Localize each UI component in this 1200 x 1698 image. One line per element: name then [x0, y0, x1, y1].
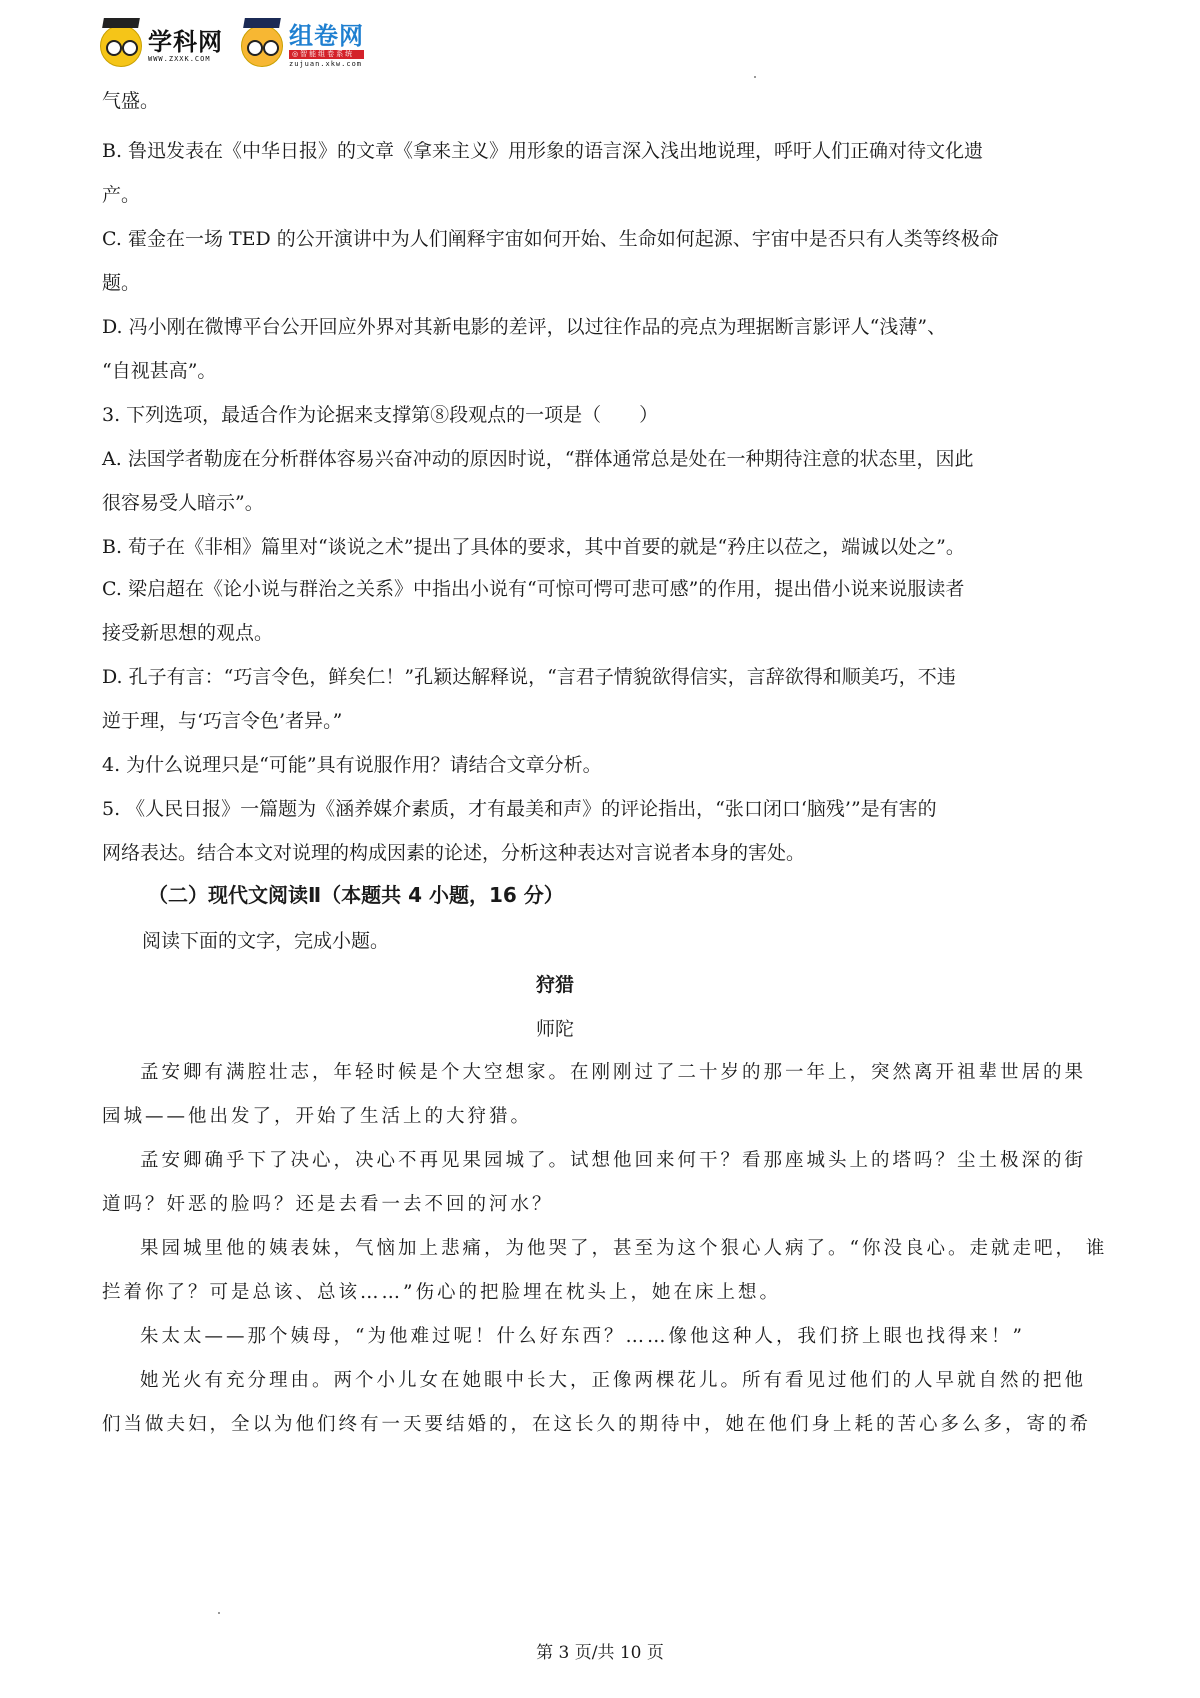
- story-author: 师陀: [102, 1016, 1008, 1042]
- section-heading: （二）现代文阅读Ⅱ（本题共 4 小题，16 分）: [148, 882, 564, 908]
- scan-dot: [754, 76, 756, 78]
- text-line: 很容易受人暗示”。: [102, 490, 264, 516]
- text-line: 题。: [102, 270, 140, 296]
- option-d-line: D. 冯小刚在微博平台公开回应外界对其新电影的差评，以过往作品的亮点为理据断言影…: [102, 314, 946, 340]
- story-line: 拦着你了？可是总该、总该……”伤心的把脸埋在枕头上，她在床上想。: [102, 1280, 781, 1306]
- option-b-line: B. 鲁迅发表在《中华日报》的文章《拿来主义》用形象的语言深入浅出地说理，呼吁人…: [102, 138, 983, 164]
- scan-dot: [218, 1612, 220, 1614]
- q3-option-a: A. 法国学者勒庞在分析群体容易兴奋冲动的原因时说，“群体通常总是处在一种期待注…: [102, 446, 974, 472]
- logo1-name: 学科网: [148, 30, 223, 54]
- story-line: 朱太太——那个姨母，“为他难过呢！什么好东西？……像他这种人，我们挤上眼也找得来…: [140, 1324, 1025, 1350]
- story-line: 孟安卿有满腔壮志，年轻时候是个大空想家。在刚刚过了二十岁的那一年上，突然离开祖辈…: [140, 1060, 1086, 1086]
- story-line: 道吗？奸恶的脸吗？还是去看一去不回的河水？: [102, 1192, 554, 1218]
- question-5: 5. 《人民日报》一篇题为《涵养媒介素质，才有最美和声》的评论指出，“张口闭口‘…: [102, 796, 937, 822]
- story-line: 园城——他出发了，开始了生活上的大狩猎。: [102, 1104, 532, 1130]
- question-3: 3. 下列选项，最适合作为论据来支撑第⑧段观点的一项是（ ）: [102, 402, 658, 428]
- logo2-name: 组卷网: [289, 24, 364, 48]
- logo-zujuanwang: 组卷网 ◎智能组卷系统 zujuan.xkw.com: [241, 24, 364, 68]
- logo2-url: zujuan.xkw.com: [289, 61, 364, 68]
- page-number: 第 3 页/共 10 页: [0, 1638, 1200, 1663]
- question-4: 4. 为什么说理只是“可能”具有说服作用？请结合文章分析。: [102, 752, 602, 778]
- q3-option-c: C. 梁启超在《论小说与群治之关系》中指出小说有“可惊可愕可悲可感”的作用，提出…: [102, 576, 964, 602]
- story-title: 狩猎: [102, 972, 1008, 998]
- text-line: 逆于理，与‘巧言令色’者异。”: [102, 708, 342, 734]
- mascot-icon: [100, 25, 142, 67]
- section-instruction: 阅读下面的文字，完成小题。: [142, 928, 389, 954]
- text-line: “自视甚高”。: [102, 358, 216, 384]
- text-line: 接受新思想的观点。: [102, 620, 273, 646]
- logo-xuekewang: 学科网 WWW.ZXXK.COM: [100, 25, 223, 67]
- logo1-url: WWW.ZXXK.COM: [148, 56, 223, 63]
- q3-option-d: D. 孔子有言：“巧言令色，鲜矣仁！”孔颖达解释说，“言君子情貌欲得信实，言辞欲…: [102, 664, 956, 690]
- mascot-graduate-icon: [241, 25, 283, 67]
- header-logos: 学科网 WWW.ZXXK.COM 组卷网 ◎智能组卷系统 zujuan.xkw.…: [100, 18, 364, 74]
- text-line: 网络表达。结合本文对说理的构成因素的论述，分析这种表达对言说者本身的害处。: [102, 840, 805, 866]
- text-line: 气盛。: [102, 88, 159, 114]
- story-line: 孟安卿确乎下了决心，决心不再见果园城了。试想他回来何干？看那座城头上的塔吗？尘土…: [140, 1148, 1086, 1174]
- story-line: 果园城里他的姨表妹，气恼加上悲痛，为他哭了，甚至为这个狠心人病了。“你没良心。走…: [140, 1236, 1107, 1262]
- q3-option-b: B. 荀子在《非相》篇里对“谈说之术”提出了具体的要求，其中首要的就是“矜庄以莅…: [102, 534, 965, 560]
- story-line: 她光火有充分理由。两个小儿女在她眼中长大，正像两棵花儿。所有看见过他们的人早就自…: [140, 1368, 1086, 1394]
- logo2-tagline: ◎智能组卷系统: [289, 50, 364, 59]
- story-line: 们当做夫妇，全以为他们终有一天要结婚的，在这长久的期待中，她在他们身上耗的苦心多…: [102, 1412, 1091, 1438]
- option-c-line: C. 霍金在一场 TED 的公开演讲中为人们阐释宇宙如何开始、生命如何起源、宇宙…: [102, 226, 999, 252]
- text-line: 产。: [102, 182, 140, 208]
